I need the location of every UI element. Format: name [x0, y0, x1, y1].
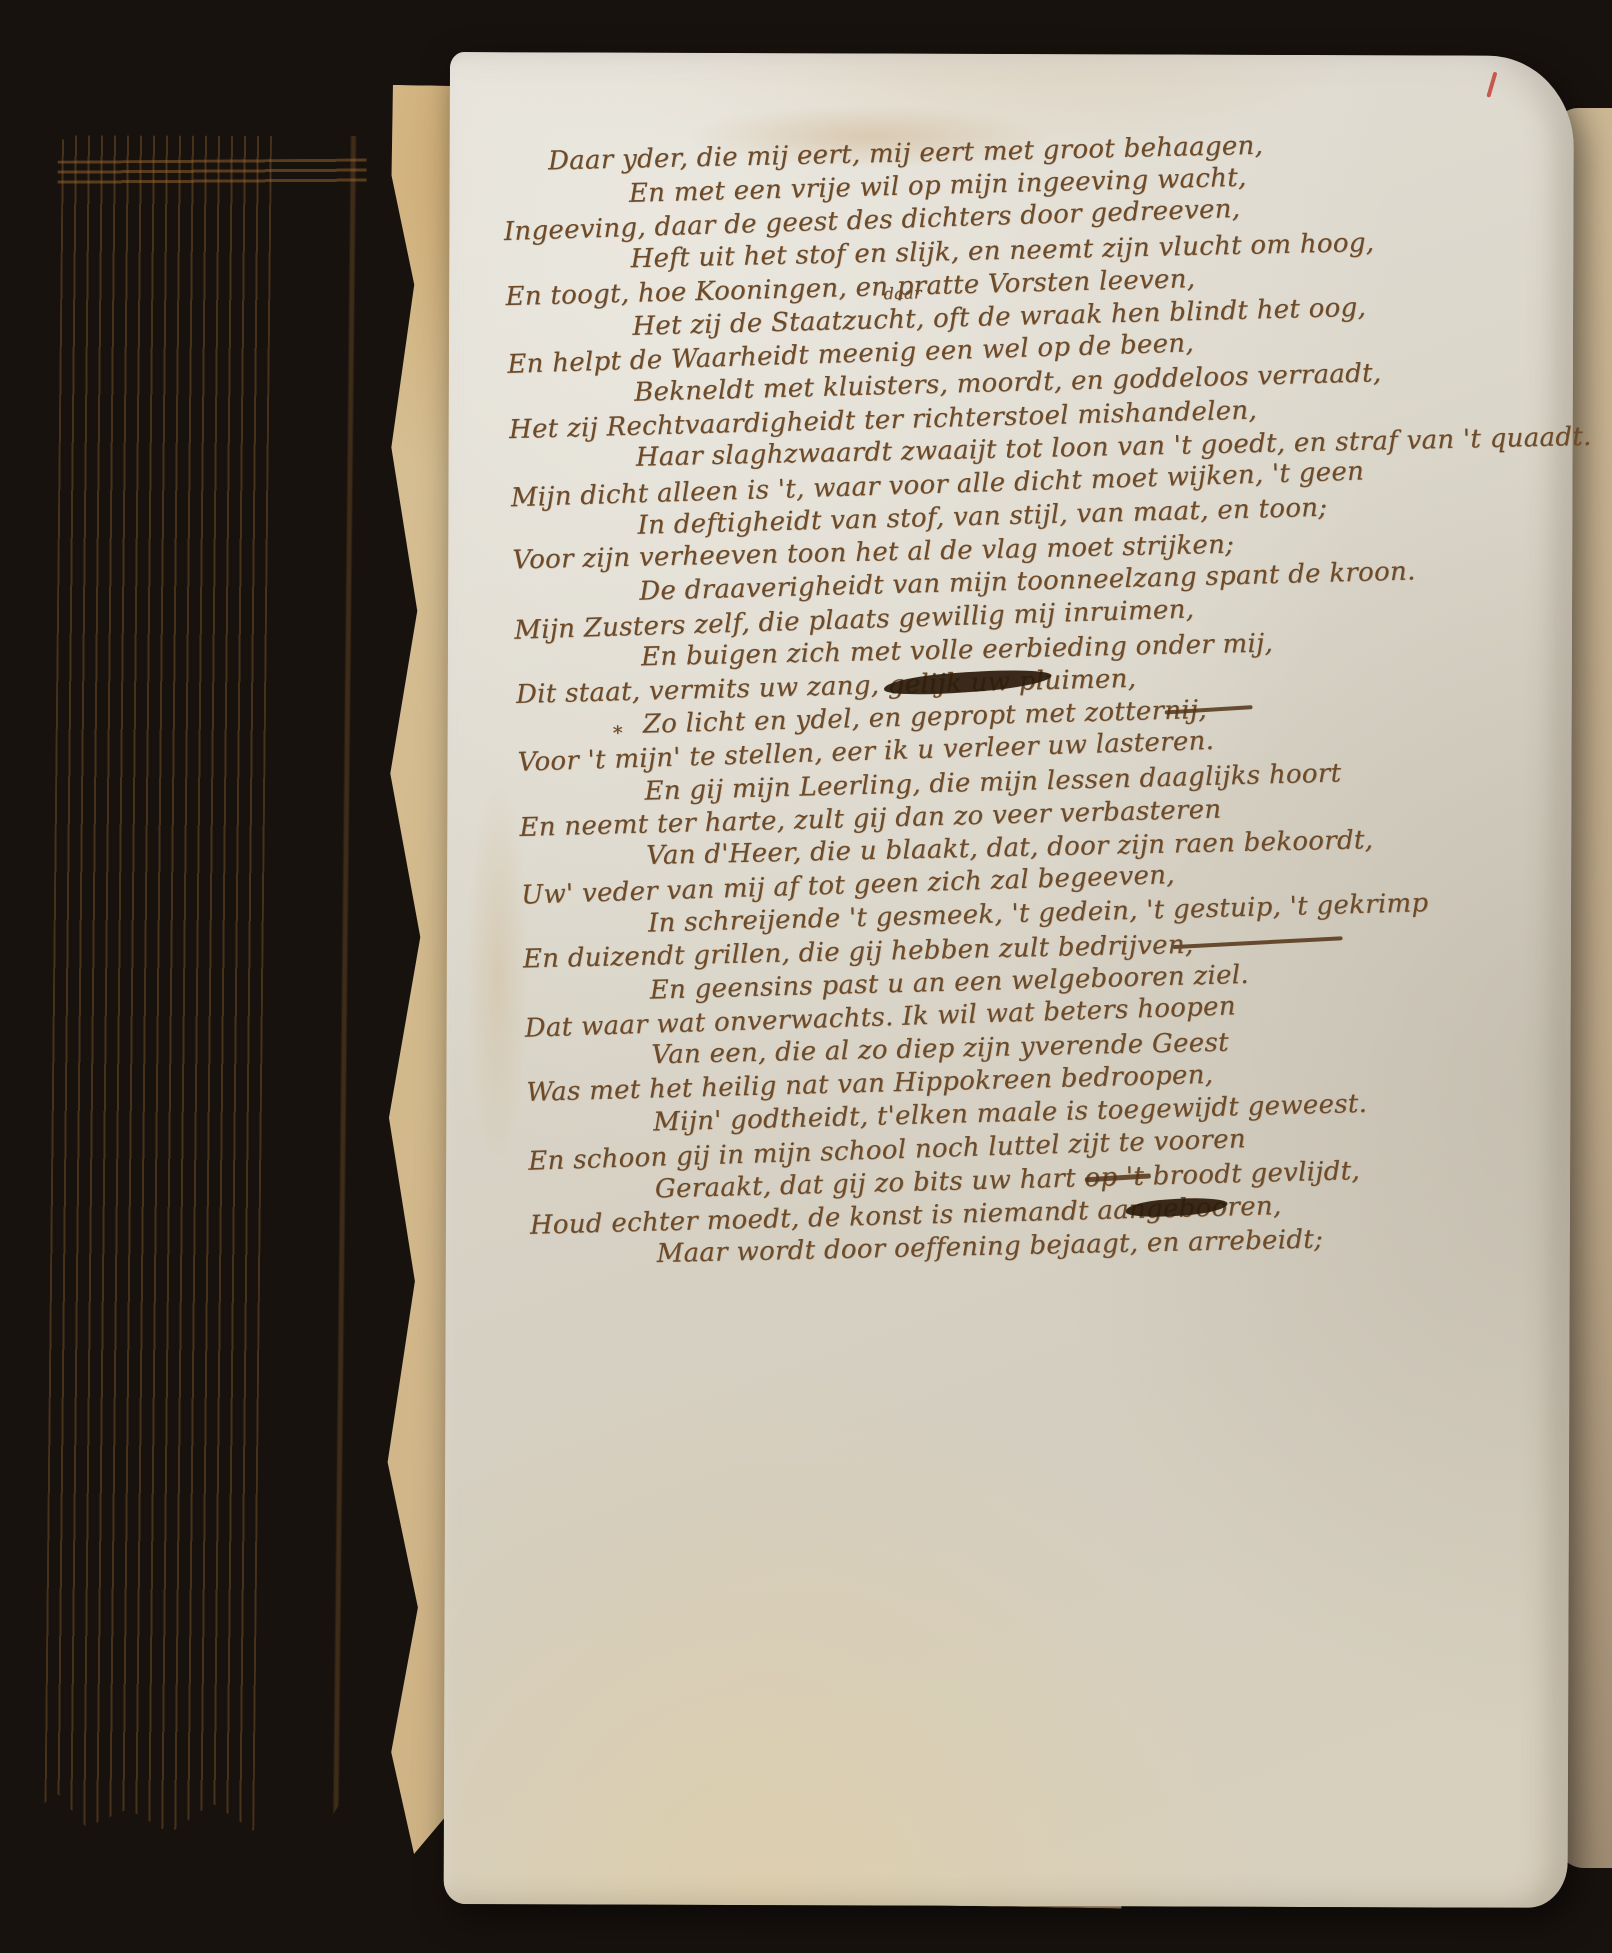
manuscript-page: daar * Daar yder, die mij eert, mij eert…	[444, 52, 1574, 1908]
page-edge-streaks	[44, 132, 272, 1834]
interlinear-insertion: daar	[883, 285, 922, 302]
text-block: daar * Daar yder, die mij eert, mij eert…	[502, 123, 1511, 1277]
red-ink-mark	[1486, 72, 1497, 98]
photo-of-manuscript: daar * Daar yder, die mij eert, mij eert…	[0, 0, 1612, 1953]
page-edge-top-ridges	[57, 159, 366, 187]
